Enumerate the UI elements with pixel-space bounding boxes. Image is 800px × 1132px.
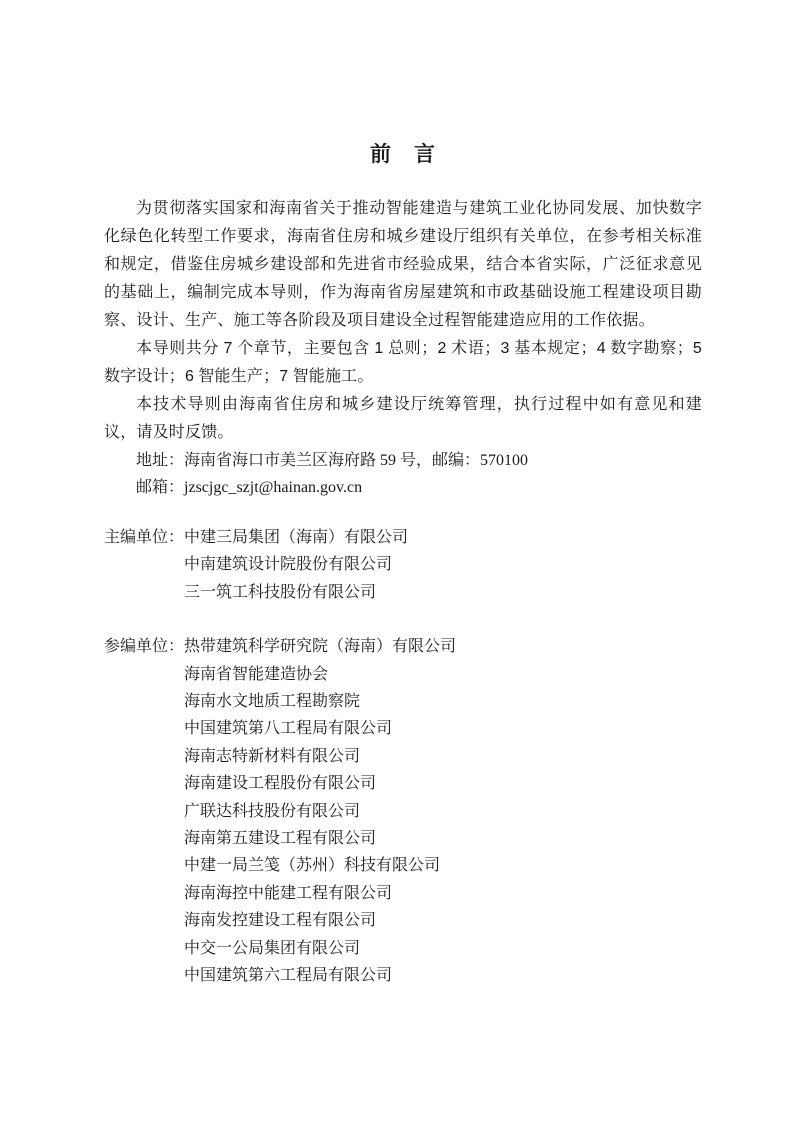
chief-editor-unit: 三一筑工科技股份有限公司	[184, 579, 702, 606]
co-editor-units: 参编单位： 热带建筑科学研究院（海南）有限公司 海南省智能建造协会 海南水文地质…	[104, 633, 702, 989]
email-label: 邮箱：	[136, 479, 184, 496]
address-label: 地址：	[136, 452, 184, 469]
co-editor-unit: 热带建筑科学研究院（海南）有限公司	[184, 633, 702, 660]
contact-info: 地址：海南省海口市美兰区海府路 59 号，邮编：570100 邮箱：jzscjg…	[104, 447, 702, 501]
preface-body: 为贯彻落实国家和海南省关于推动智能建造与建筑工业化协同发展、加快数字化绿色化转型…	[104, 195, 702, 501]
co-editor-unit: 海南第五建设工程有限公司	[184, 825, 702, 852]
page-title: 前 言	[104, 142, 702, 166]
preface-paragraph-1: 为贯彻落实国家和海南省关于推动智能建造与建筑工业化协同发展、加快数字化绿色化转型…	[104, 195, 702, 335]
co-editor-unit: 海南省智能建造协会	[184, 661, 702, 688]
address-line: 地址：海南省海口市美兰区海府路 59 号，邮编：570100	[104, 447, 702, 474]
chief-editor-units-label: 主编单位：	[104, 524, 184, 551]
co-editor-unit: 海南发控建设工程有限公司	[184, 907, 702, 934]
address-value: 海南省海口市美兰区海府路 59 号，邮编：570100	[184, 452, 528, 469]
co-editor-unit: 广联达科技股份有限公司	[184, 798, 702, 825]
co-editor-unit: 中国建筑第八工程局有限公司	[184, 715, 702, 742]
chief-editor-unit: 中建三局集团（海南）有限公司	[184, 524, 702, 551]
co-editor-unit: 海南志特新材料有限公司	[184, 743, 702, 770]
co-editor-unit: 中国建筑第六工程局有限公司	[184, 962, 702, 989]
co-editor-unit: 海南建设工程股份有限公司	[184, 770, 702, 797]
preface-paragraph-2-chapter-list: 本导则共分 7 个章节，主要包含 1 总则；2 术语；3 基本规定；4 数字勘察…	[104, 335, 702, 391]
email-value: jzscjgc_szjt@hainan.gov.cn	[184, 479, 362, 496]
co-editor-units-label: 参编单位：	[104, 633, 184, 660]
document-page: 前 言 为贯彻落实国家和海南省关于推动智能建造与建筑工业化协同发展、加快数字化绿…	[0, 0, 800, 1132]
preface-paragraph-3: 本技术导则由海南省住房和城乡建设厅统筹管理，执行过程中如有意见和建议，请及时反馈…	[104, 391, 702, 447]
co-editor-unit: 中交一公局集团有限公司	[184, 935, 702, 962]
co-editor-unit: 海南海控中能建工程有限公司	[184, 880, 702, 907]
email-line: 邮箱：jzscjgc_szjt@hainan.gov.cn	[104, 474, 702, 501]
co-editor-unit: 中建一局兰笺（苏州）科技有限公司	[184, 852, 702, 879]
chief-editor-units: 主编单位： 中建三局集团（海南）有限公司 中南建筑设计院股份有限公司 三一筑工科…	[104, 524, 702, 606]
chief-editor-unit: 中南建筑设计院股份有限公司	[184, 551, 702, 578]
co-editor-unit: 海南水文地质工程勘察院	[184, 688, 702, 715]
